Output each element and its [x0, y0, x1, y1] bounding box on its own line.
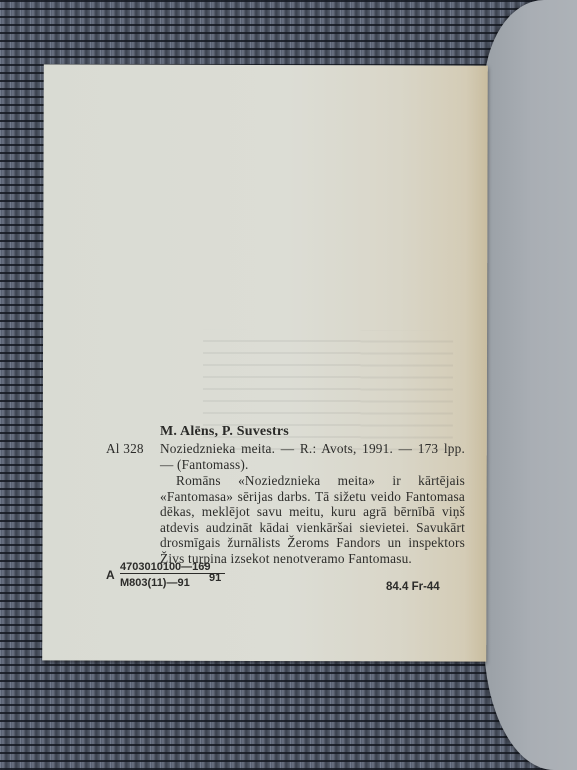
catalog-bibliographic-line: Noziedznieka meita. — R.: Avots, 1991. —… — [160, 441, 465, 472]
index-suffix: 91 — [209, 572, 221, 584]
catalog-code: Al 328 — [106, 441, 144, 457]
catalog-author: M. Alēns, P. Suvestrs — [160, 424, 289, 440]
catalog-annotation: Romāns «Noziedznieka meita» ir kārtējais… — [160, 473, 465, 566]
index-denominator: M803(11)—91 — [120, 577, 190, 589]
index-prefix: A — [106, 568, 115, 582]
classification-code: 84.4 Fr-44 — [386, 581, 440, 593]
book-back-cover — [484, 0, 577, 770]
